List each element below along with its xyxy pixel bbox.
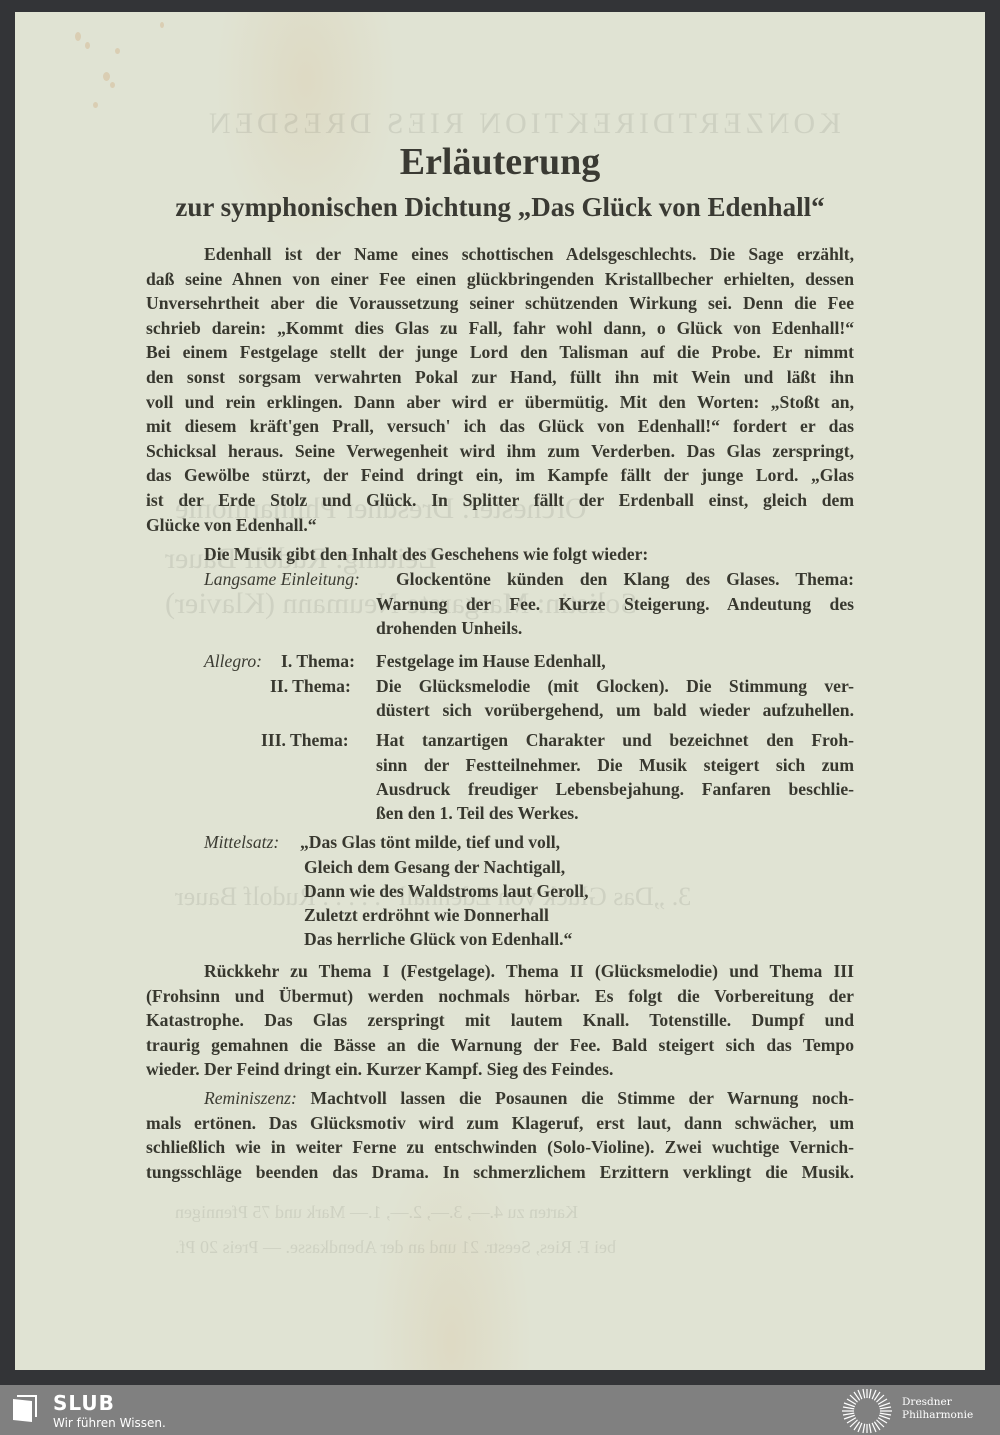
stain-spot <box>110 82 115 88</box>
text-line: schrieb darein: „Kommt dies Glas zu Fall… <box>146 316 854 341</box>
text-line: tungsschläge beenden das Drama. In schme… <box>146 1160 854 1185</box>
paragraph-intro: Edenhall ist der Name eines schottischen… <box>146 242 854 537</box>
page-title: Erläuterung <box>15 140 985 184</box>
theme-line: Ausdruck freudiger Lebensbejahung. Fanfa… <box>376 779 854 800</box>
section-label-allegro: Allegro: <box>204 651 262 672</box>
poem-line: „Das Glas tönt milde, tief und voll, <box>300 832 560 853</box>
slub-logo-name: SLUB <box>53 1391 115 1415</box>
text-line: Bei einem Festgelage stellt der junge Lo… <box>146 340 854 365</box>
poem-line: Gleich dem Gesang der Nachtigall, <box>304 857 565 878</box>
theme-line: düstert sich vorübergehend, um bald wied… <box>376 700 854 721</box>
text-line: traurig gemahnen die Bässe an die Warnun… <box>146 1033 854 1058</box>
stain-spot <box>75 32 81 41</box>
stain-spot <box>103 72 110 81</box>
text-line: Edenhall ist der Name eines schottischen… <box>146 242 854 267</box>
text-line: daß seine Ahnen von einer Fee einen glüc… <box>146 267 854 292</box>
slub-logo-tagline: Wir führen Wissen. <box>53 1416 166 1430</box>
show-through-text: KONZERTDIREKTION RIES DRESDEN <box>205 107 841 141</box>
section-label-einleitung: Langsame Einleitung: <box>204 569 360 590</box>
stain-spot <box>85 42 90 49</box>
theme-line: sinn der Festteilnehmer. Die Musik steig… <box>376 755 854 776</box>
theme-line: Hat tanzartigen Charakter und bezeichnet… <box>376 730 854 751</box>
show-through-text: bei F. Ries, Seestr. 21 und an der Abend… <box>175 1237 616 1258</box>
philharmonie-name-line1: Dresdner <box>902 1396 973 1409</box>
philharmonie-logo-name: Dresdner Philharmonie <box>902 1396 973 1422</box>
show-through-text: Karten zu 4.—, 3.—, 2.—, 1.— Mark und 75… <box>175 1202 578 1223</box>
music-intro: Die Musik gibt den Inhalt des Geschehens… <box>204 544 648 565</box>
text-line: Glücke von Edenhall.“ <box>146 513 854 538</box>
text-line: voll und rein erklingen. Dann aber wird … <box>146 390 854 415</box>
einleitung-line: Warnung der Fee. Kurze Steigerung. Andeu… <box>376 594 854 615</box>
paragraph-reprise: Rückkehr zu Thema I (Festgelage). Thema … <box>146 959 854 1082</box>
text-line: ist der Erde Stolz und Glück. In Splitte… <box>146 488 854 513</box>
text-line: wieder. Der Feind dringt ein. Kurzer Kam… <box>146 1057 854 1082</box>
theme-label: III. Thema: <box>261 730 349 751</box>
page-subtitle: zur symphonischen Dichtung „Das Glück vo… <box>15 192 985 223</box>
text-line: Schicksal heraus. Seine Verwegenheit wir… <box>146 439 854 464</box>
poem-line: Das herrliche Glück von Edenhall.“ <box>304 929 572 950</box>
section-label-reminiszenz: Reminiszenz: <box>204 1088 297 1108</box>
theme-line: ßen den 1. Teil des Werkes. <box>376 803 579 824</box>
text-line: mit diesem kräft'gen Prall, versuch' ich… <box>146 414 854 439</box>
text-line: den sonst sorgsam verwahrten Pokal zur H… <box>146 365 854 390</box>
text-line: (Frohsinn und Übermut) werden nochmals h… <box>146 984 854 1009</box>
text-line: mals ertönen. Das Glücksmotiv wird zum K… <box>146 1111 854 1136</box>
theme-line: Die Glücksmelodie (mit Glocken). Die Sti… <box>376 676 854 697</box>
text-line: Unversehrtheit aber die Voraussetzung se… <box>146 291 854 316</box>
section-label-mittelsatz: Mittelsatz: <box>204 832 279 853</box>
text-line: das Gewölbe stürzt, der Feind dringt ein… <box>146 463 854 488</box>
footer-bar: SLUB Wir führen Wissen. Dresdner Philhar… <box>0 1385 1000 1435</box>
text-line: schließlich wie in weiter Ferne zu entsc… <box>146 1135 854 1160</box>
text-line: Rückkehr zu Thema I (Festgelage). Thema … <box>146 959 854 984</box>
einleitung-line: Glockentöne künden den Klang des Glases.… <box>396 569 854 590</box>
stain-spot <box>115 48 120 54</box>
einleitung-line: drohenden Unheils. <box>376 618 522 639</box>
theme-line: Festgelage im Hause Edenhall, <box>376 651 606 672</box>
poem-line: Dann wie des Waldstroms laut Geroll, <box>304 881 588 902</box>
paragraph-reminiszenz: Reminiszenz: Machtvoll lassen die Posaun… <box>146 1086 854 1184</box>
stain-spot <box>160 22 164 28</box>
philharmonie-name-line2: Philharmonie <box>902 1409 973 1422</box>
stain-spot <box>93 102 98 108</box>
theme-label: II. Thema: <box>270 676 351 697</box>
book-icon <box>13 1395 39 1422</box>
poem-line: Zuletzt erdröhnt wie Donnerhall <box>304 905 549 926</box>
sunburst-ring-icon <box>840 1387 894 1435</box>
document-page: KONZERTDIREKTION RIES DRESDEN Orchester:… <box>15 12 985 1370</box>
theme-label: I. Thema: <box>281 651 355 672</box>
text-line: Reminiszenz: Machtvoll lassen die Posaun… <box>146 1086 854 1111</box>
text-line: Katastrophe. Das Glas zerspringt mit lau… <box>146 1008 854 1033</box>
